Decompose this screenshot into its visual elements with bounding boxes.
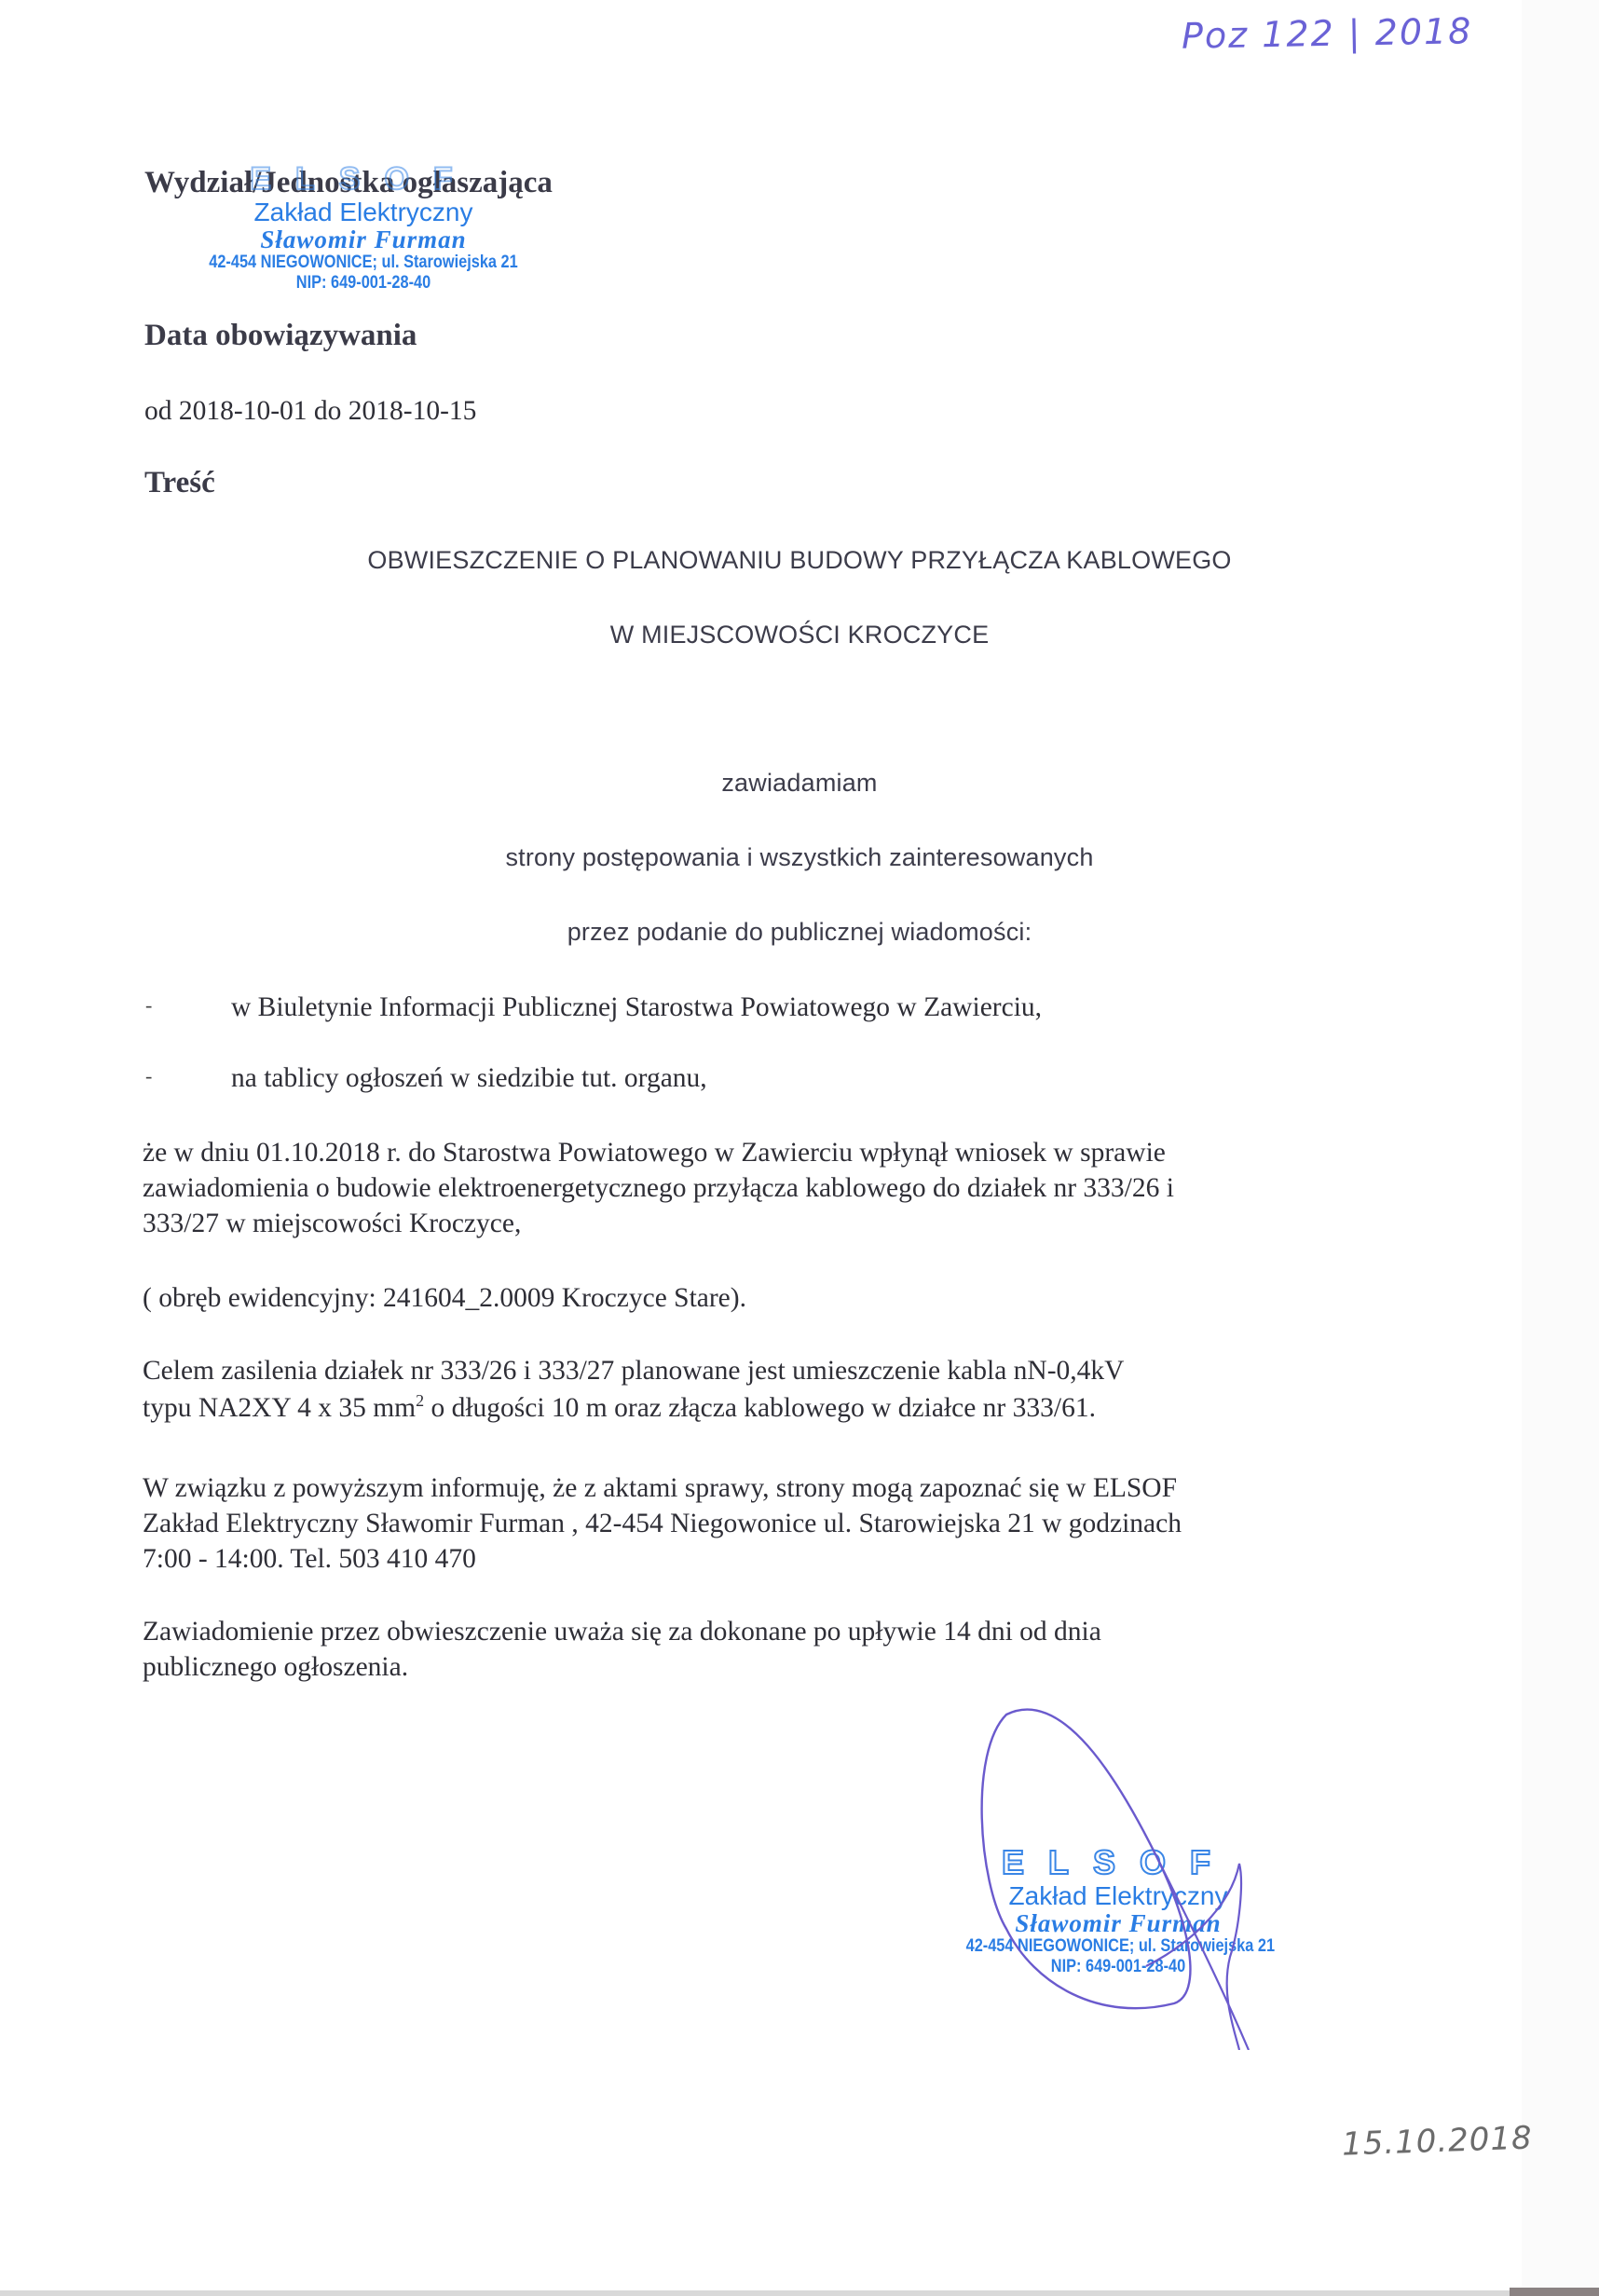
notice-title-line1: OBWIESZCZENIE O PLANOWANIU BUDOWY PRZYŁĄ… <box>0 546 1599 575</box>
stamp-nip: NIP: 649-001-28-40 <box>195 273 531 294</box>
stamp-logo: ELSOF <box>168 161 559 198</box>
list-item-noticeboard: na tablicy ogłoszeń w siedzibie tut. org… <box>231 1060 707 1096</box>
validity-label: Data obowiązywania <box>144 319 417 353</box>
announcement-line1: zawiadamiam <box>0 769 1599 798</box>
body-paragraph4-line2: Zakład Elektryczny Sławomir Furman , 42-… <box>143 1506 1182 1541</box>
list-item-bip: w Biuletynie Informacji Publicznej Staro… <box>231 990 1042 1025</box>
cable-spec: typu NA2XY 4 x 35 mm <box>143 1393 416 1423</box>
list-bullet: - <box>145 1064 152 1088</box>
body-paragraph1-line1: że w dniu 01.10.2018 r. do Starostwa Pow… <box>143 1135 1166 1170</box>
stamp-owner: Sławomir Furman <box>168 226 559 253</box>
body-paragraph5-line1: Zawiadomienie przez obwieszczenie uważa … <box>143 1614 1101 1649</box>
stamp-address: 42-454 NIEGOWONICE; ul. Starowiejska 21 <box>195 253 531 273</box>
scan-edge-strip <box>1522 0 1599 2296</box>
superscript-2: 2 <box>416 1391 424 1410</box>
handwritten-date: 15.10.2018 <box>1341 2119 1533 2163</box>
cable-spec-rest: o długości 10 m oraz złącza kablowego w … <box>424 1393 1096 1423</box>
body-paragraph1-line3: 333/27 w miejscowości Kroczyce, <box>143 1206 521 1241</box>
body-paragraph1-line2: zawiadomienia o budowie elektroenergetyc… <box>143 1170 1174 1206</box>
announcement-line3: przez podanie do publicznej wiadomości: <box>0 918 1599 947</box>
body-paragraph4-line1: W związku z powyższym informuję, że z ak… <box>143 1470 1177 1506</box>
scan-bottom-edge <box>0 2290 1599 2296</box>
notice-title-line2: W MIEJSCOWOŚCI KROCZYCE <box>0 621 1599 649</box>
body-paragraph2: ( obręb ewidencyjny: 241604_2.0009 Krocz… <box>143 1280 746 1316</box>
validity-value: od 2018-10-01 do 2018-10-15 <box>144 393 476 429</box>
company-stamp-top: ELSOF Zakład Elektryczny Sławomir Furman… <box>168 171 559 294</box>
scan-corner-shadow <box>1510 2288 1599 2296</box>
handwritten-reference-number: Poz 122 | 2018 <box>1182 10 1473 56</box>
body-paragraph4-line3: 7:00 - 14:00. Tel. 503 410 470 <box>143 1541 476 1577</box>
content-label: Treść <box>144 466 215 500</box>
body-paragraph3-line2: typu NA2XY 4 x 35 mm2 o długości 10 m or… <box>143 1390 1096 1426</box>
body-paragraph5-line2: publicznego ogłoszenia. <box>143 1649 408 1685</box>
stamp-company: Zakład Elektryczny <box>168 198 559 226</box>
signature-icon <box>969 1696 1305 2050</box>
announcement-line2: strony postępowania i wszystkich zainter… <box>0 843 1599 872</box>
list-bullet: - <box>145 993 152 1018</box>
body-paragraph3-line1: Celem zasilenia działek nr 333/26 i 333/… <box>143 1353 1124 1388</box>
